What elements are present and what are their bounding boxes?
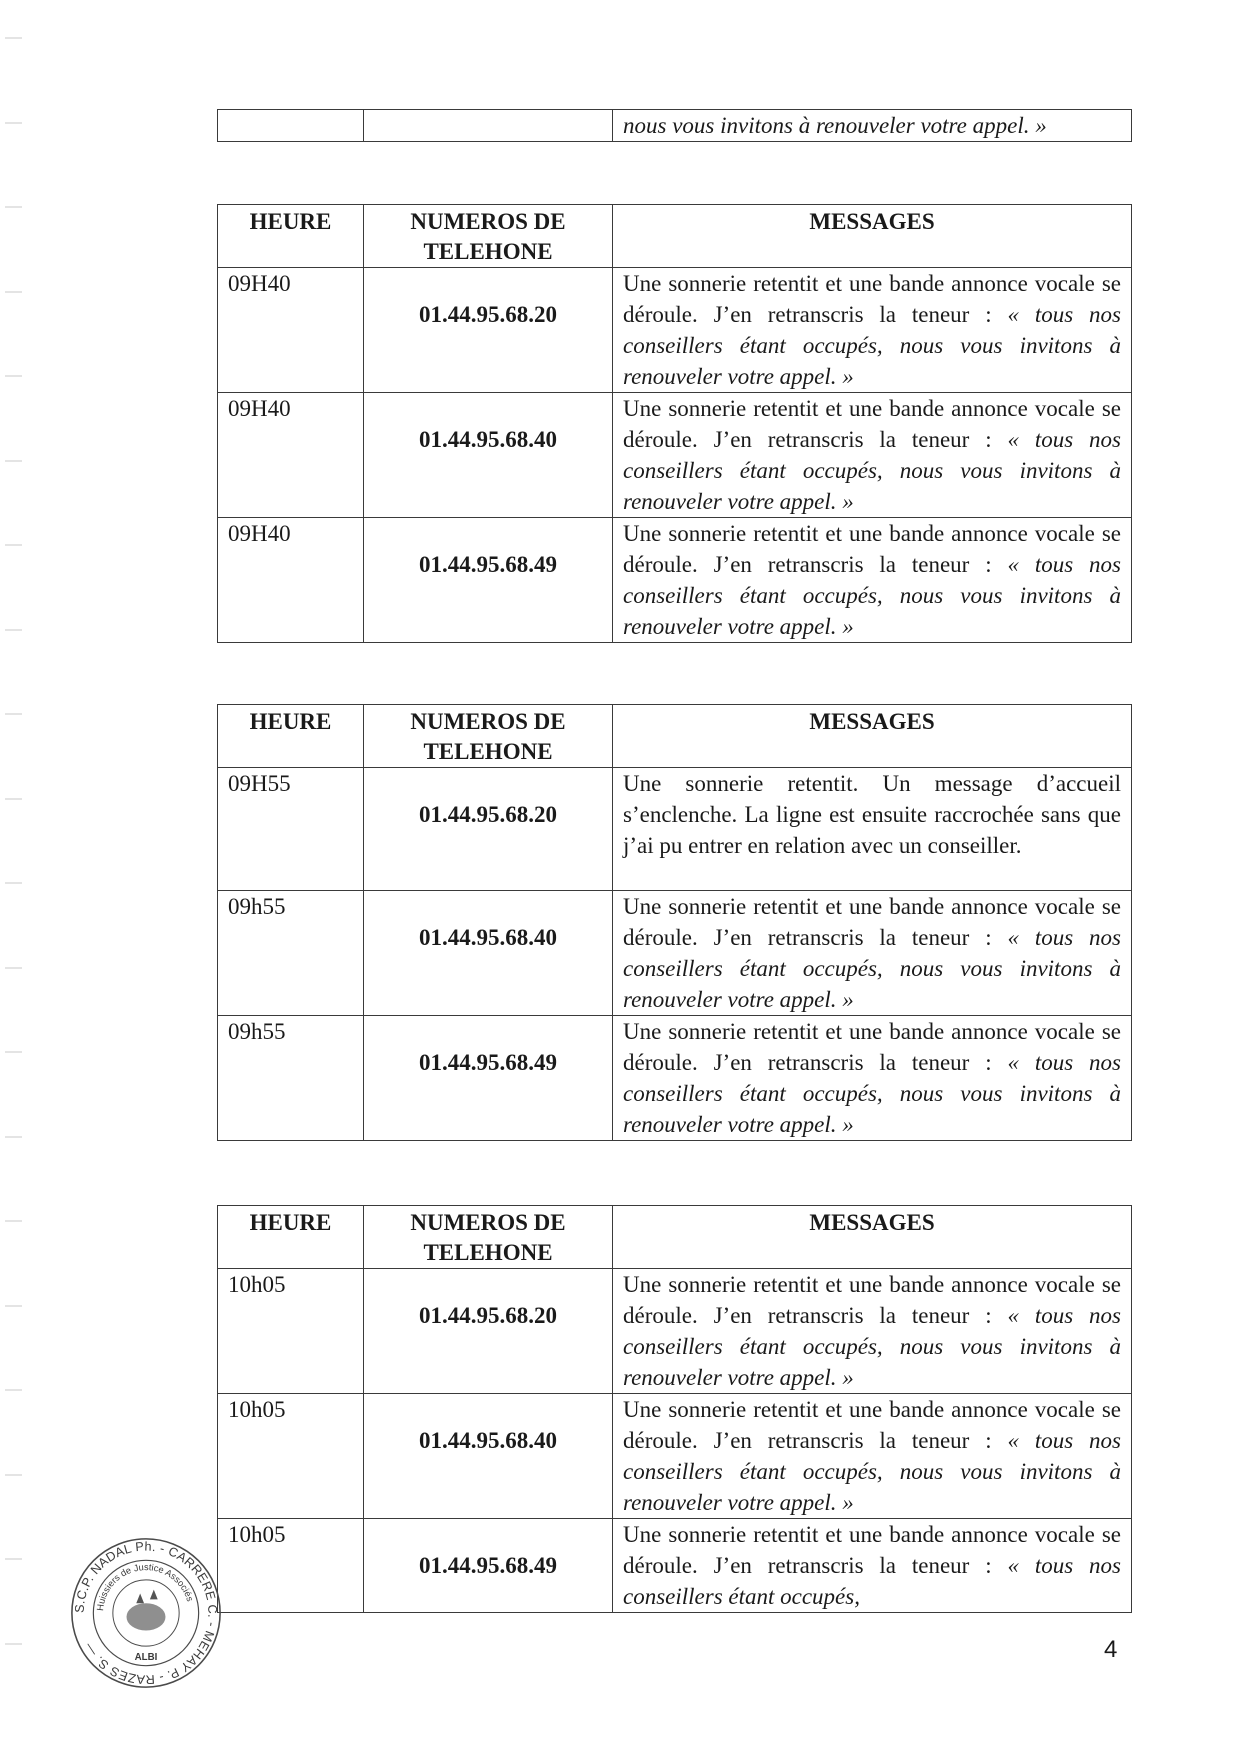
call-log-table-3: HEURENUMEROS DE TELEHONEMESSAGES10h0501.… [217, 1205, 1132, 1613]
phone-cell: 01.44.95.68.20 [364, 768, 613, 891]
page-number: 4 [1104, 1636, 1117, 1664]
phone-cell [364, 110, 613, 142]
message-quote: nous vous invitons à renouveler votre ap… [623, 113, 1047, 138]
time-cell: 09H55 [218, 768, 364, 891]
column-header-time: HEURE [218, 205, 364, 268]
phone-cell: 01.44.95.68.40 [364, 891, 613, 1016]
call-log-table-1: HEURENUMEROS DE TELEHONEMESSAGES09H4001.… [217, 204, 1132, 643]
margin-mark [5, 798, 22, 800]
margin-mark [5, 460, 22, 462]
table-row: nous vous invitons à renouveler votre ap… [218, 110, 1132, 142]
column-header-messages: MESSAGES [613, 205, 1132, 268]
column-header-messages: MESSAGES [613, 705, 1132, 768]
margin-mark [5, 206, 22, 208]
message-cell: Une sonnerie retentit et une bande annon… [613, 268, 1132, 393]
margin-mark [5, 882, 22, 884]
time-cell: 09H40 [218, 518, 364, 643]
margin-mark [5, 967, 22, 969]
message-text: Une sonnerie retentit. Un message d’accu… [623, 771, 1121, 858]
time-cell: 10h05 [218, 1394, 364, 1519]
table-row: 09H4001.44.95.68.20Une sonnerie retentit… [218, 268, 1132, 393]
table-row: 10h0501.44.95.68.49Une sonnerie retentit… [218, 1519, 1132, 1613]
message-cell: Une sonnerie retentit et une bande annon… [613, 1394, 1132, 1519]
table-row: 09h5501.44.95.68.40Une sonnerie retentit… [218, 891, 1132, 1016]
time-cell: 09h55 [218, 1016, 364, 1141]
table-row: 09H5501.44.95.68.20Une sonnerie retentit… [218, 768, 1132, 891]
phone-cell: 01.44.95.68.49 [364, 1016, 613, 1141]
table-row: 09H4001.44.95.68.49Une sonnerie retentit… [218, 518, 1132, 643]
column-header-time: HEURE [218, 705, 364, 768]
time-cell [218, 110, 364, 142]
margin-mark [5, 629, 22, 631]
phone-cell: 01.44.95.68.49 [364, 518, 613, 643]
margin-mark [5, 375, 22, 377]
call-log-table-2: HEURENUMEROS DE TELEHONEMESSAGES09H5501.… [217, 704, 1132, 1141]
bailiff-stamp-icon: S.C.P. NADAL Ph. - CARRERE C. - MEHAY P.… [68, 1535, 224, 1691]
phone-cell: 01.44.95.68.20 [364, 268, 613, 393]
margin-mark [5, 122, 22, 124]
time-cell: 09H40 [218, 393, 364, 518]
table-row: 09h5501.44.95.68.49Une sonnerie retentit… [218, 1016, 1132, 1141]
margin-mark [5, 1643, 22, 1645]
margin-mark [5, 1558, 22, 1560]
margin-mark [5, 544, 22, 546]
message-cell: Une sonnerie retentit et une bande annon… [613, 1519, 1132, 1613]
table-row: 10h0501.44.95.68.40Une sonnerie retentit… [218, 1394, 1132, 1519]
message-cell: Une sonnerie retentit et une bande annon… [613, 1016, 1132, 1141]
message-cell: Une sonnerie retentit. Un message d’accu… [613, 768, 1132, 891]
column-header-time: HEURE [218, 1206, 364, 1269]
margin-mark [5, 37, 22, 39]
margin-mark [5, 1220, 22, 1222]
column-header-phone: NUMEROS DE TELEHONE [364, 1206, 613, 1269]
time-cell: 09H40 [218, 268, 364, 393]
margin-mark [5, 1305, 22, 1307]
column-header-messages: MESSAGES [613, 1206, 1132, 1269]
message-cell: Une sonnerie retentit et une bande annon… [613, 393, 1132, 518]
phone-cell: 01.44.95.68.40 [364, 393, 613, 518]
margin-mark [5, 1474, 22, 1476]
phone-cell: 01.44.95.68.20 [364, 1269, 613, 1394]
column-header-phone: NUMEROS DE TELEHONE [364, 205, 613, 268]
table-row: 10h0501.44.95.68.20Une sonnerie retentit… [218, 1269, 1132, 1394]
margin-mark [5, 713, 22, 715]
message-cell: nous vous invitons à renouveler votre ap… [613, 110, 1132, 142]
phone-cell: 01.44.95.68.49 [364, 1519, 613, 1613]
margin-mark [5, 1136, 22, 1138]
message-cell: Une sonnerie retentit et une bande annon… [613, 1269, 1132, 1394]
continued-table: nous vous invitons à renouveler votre ap… [217, 109, 1132, 142]
table-row: 09H4001.44.95.68.40Une sonnerie retentit… [218, 393, 1132, 518]
column-header-phone: NUMEROS DE TELEHONE [364, 705, 613, 768]
table-header-row: HEURENUMEROS DE TELEHONEMESSAGES [218, 1206, 1132, 1269]
margin-mark [5, 291, 22, 293]
table-header-row: HEURENUMEROS DE TELEHONEMESSAGES [218, 705, 1132, 768]
time-cell: 09h55 [218, 891, 364, 1016]
time-cell: 10h05 [218, 1269, 364, 1394]
margin-mark [5, 1051, 22, 1053]
time-cell: 10h05 [218, 1519, 364, 1613]
phone-cell: 01.44.95.68.40 [364, 1394, 613, 1519]
message-cell: Une sonnerie retentit et une bande annon… [613, 518, 1132, 643]
message-cell: Une sonnerie retentit et une bande annon… [613, 891, 1132, 1016]
margin-mark [5, 1389, 22, 1391]
table-header-row: HEURENUMEROS DE TELEHONEMESSAGES [218, 205, 1132, 268]
svg-text:ALBI: ALBI [135, 1652, 158, 1663]
